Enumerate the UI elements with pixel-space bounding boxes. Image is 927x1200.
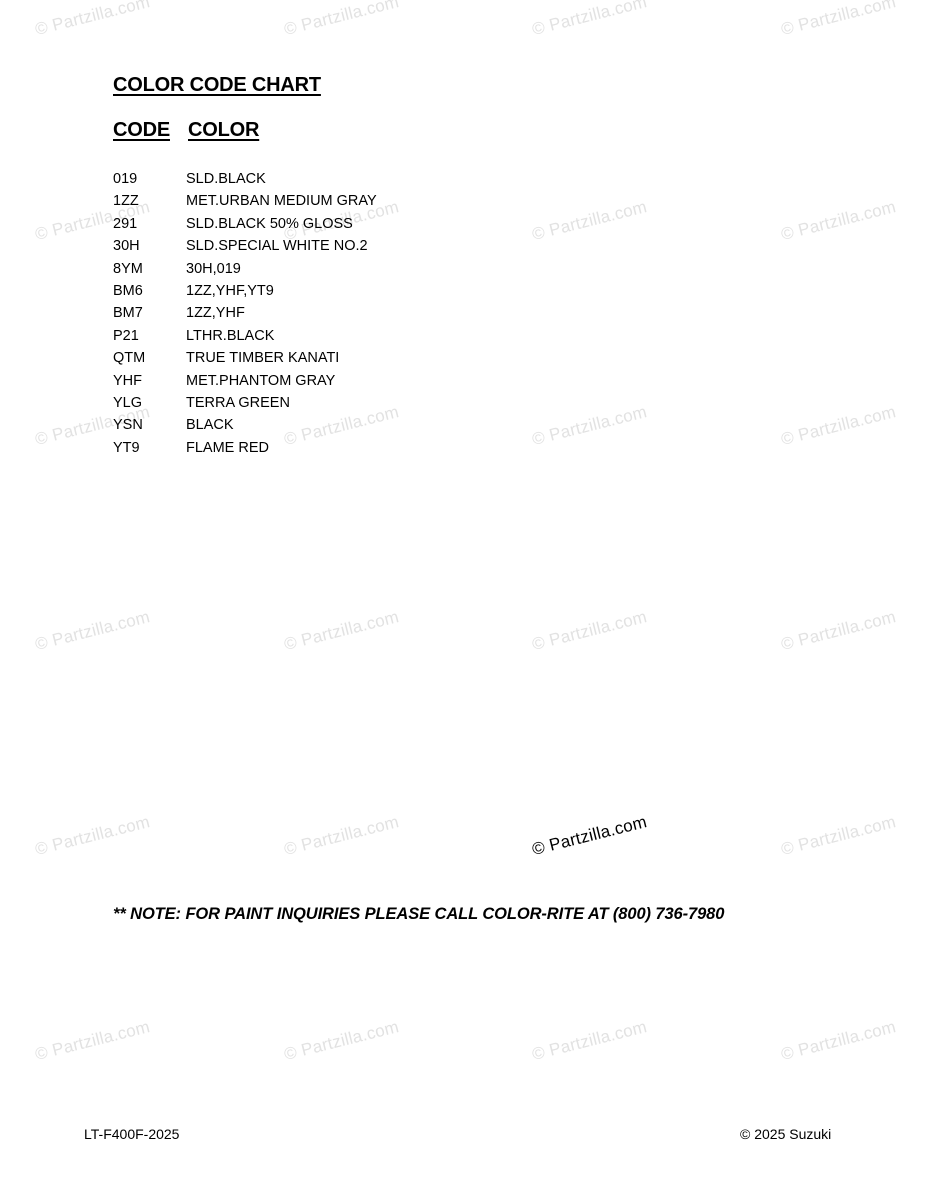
footer-copyright: © 2025 Suzuki [740,1126,831,1142]
color-code: YHF [113,370,142,392]
partzilla-watermark: © Partzilla.com [779,0,898,40]
partzilla-watermark: © Partzilla.com [779,1017,898,1065]
partzilla-watermark: © Partzilla.com [33,812,152,860]
partzilla-watermark: © Partzilla.com [779,607,898,655]
color-name: BLACK [186,414,234,436]
color-code: QTM [113,347,145,369]
partzilla-watermark: © Partzilla.com [779,402,898,450]
color-name: TERRA GREEN [186,392,290,414]
color-code: 291 [113,213,137,235]
color-code: YSN [113,414,143,436]
partzilla-watermark: © Partzilla.com [33,1017,152,1065]
color-name: SLD.BLACK 50% GLOSS [186,213,353,235]
partzilla-watermark: © Partzilla.com [282,1017,401,1065]
color-code: 1ZZ [113,190,139,212]
partzilla-watermark: © Partzilla.com [530,607,649,655]
color-code: BM6 [113,280,143,302]
column-header-color: COLOR [188,119,259,142]
partzilla-watermark: © Partzilla.com [779,197,898,245]
color-code: BM7 [113,302,143,324]
partzilla-watermark: © Partzilla.com [779,812,898,860]
footer-model-code: LT-F400F-2025 [84,1126,179,1142]
partzilla-watermark: © Partzilla.com [530,197,649,245]
color-code: 019 [113,168,137,190]
color-name: TRUE TIMBER KANATI [186,347,339,369]
partzilla-watermark: © Partzilla.com [282,402,401,450]
partzilla-watermark: © Partzilla.com [530,0,649,40]
color-name: MET.URBAN MEDIUM GRAY [186,190,377,212]
color-code: 8YM [113,258,143,280]
color-code: YT9 [113,437,140,459]
partzilla-watermark: © Partzilla.com [530,402,649,450]
page-title: COLOR CODE CHART [113,74,321,97]
color-name: LTHR.BLACK [186,325,274,347]
column-header-code: CODE [113,119,170,142]
partzilla-watermark: © Partzilla.com [282,0,401,40]
color-name: 1ZZ,YHF,YT9 [186,280,274,302]
paint-inquiry-note: ** NOTE: FOR PAINT INQUIRIES PLEASE CALL… [113,905,724,924]
partzilla-watermark: © Partzilla.com [530,812,649,860]
partzilla-watermark: © Partzilla.com [282,607,401,655]
color-code: YLG [113,392,142,414]
partzilla-watermark: © Partzilla.com [33,607,152,655]
color-name: MET.PHANTOM GRAY [186,370,335,392]
color-name: 1ZZ,YHF [186,302,245,324]
partzilla-watermark: © Partzilla.com [33,0,152,40]
color-name: SLD.BLACK [186,168,266,190]
color-name: SLD.SPECIAL WHITE NO.2 [186,235,368,257]
color-code: 30H [113,235,140,257]
color-name: FLAME RED [186,437,269,459]
partzilla-watermark: © Partzilla.com [530,1017,649,1065]
partzilla-watermark: © Partzilla.com [282,812,401,860]
color-code: P21 [113,325,139,347]
color-name: 30H,019 [186,258,241,280]
